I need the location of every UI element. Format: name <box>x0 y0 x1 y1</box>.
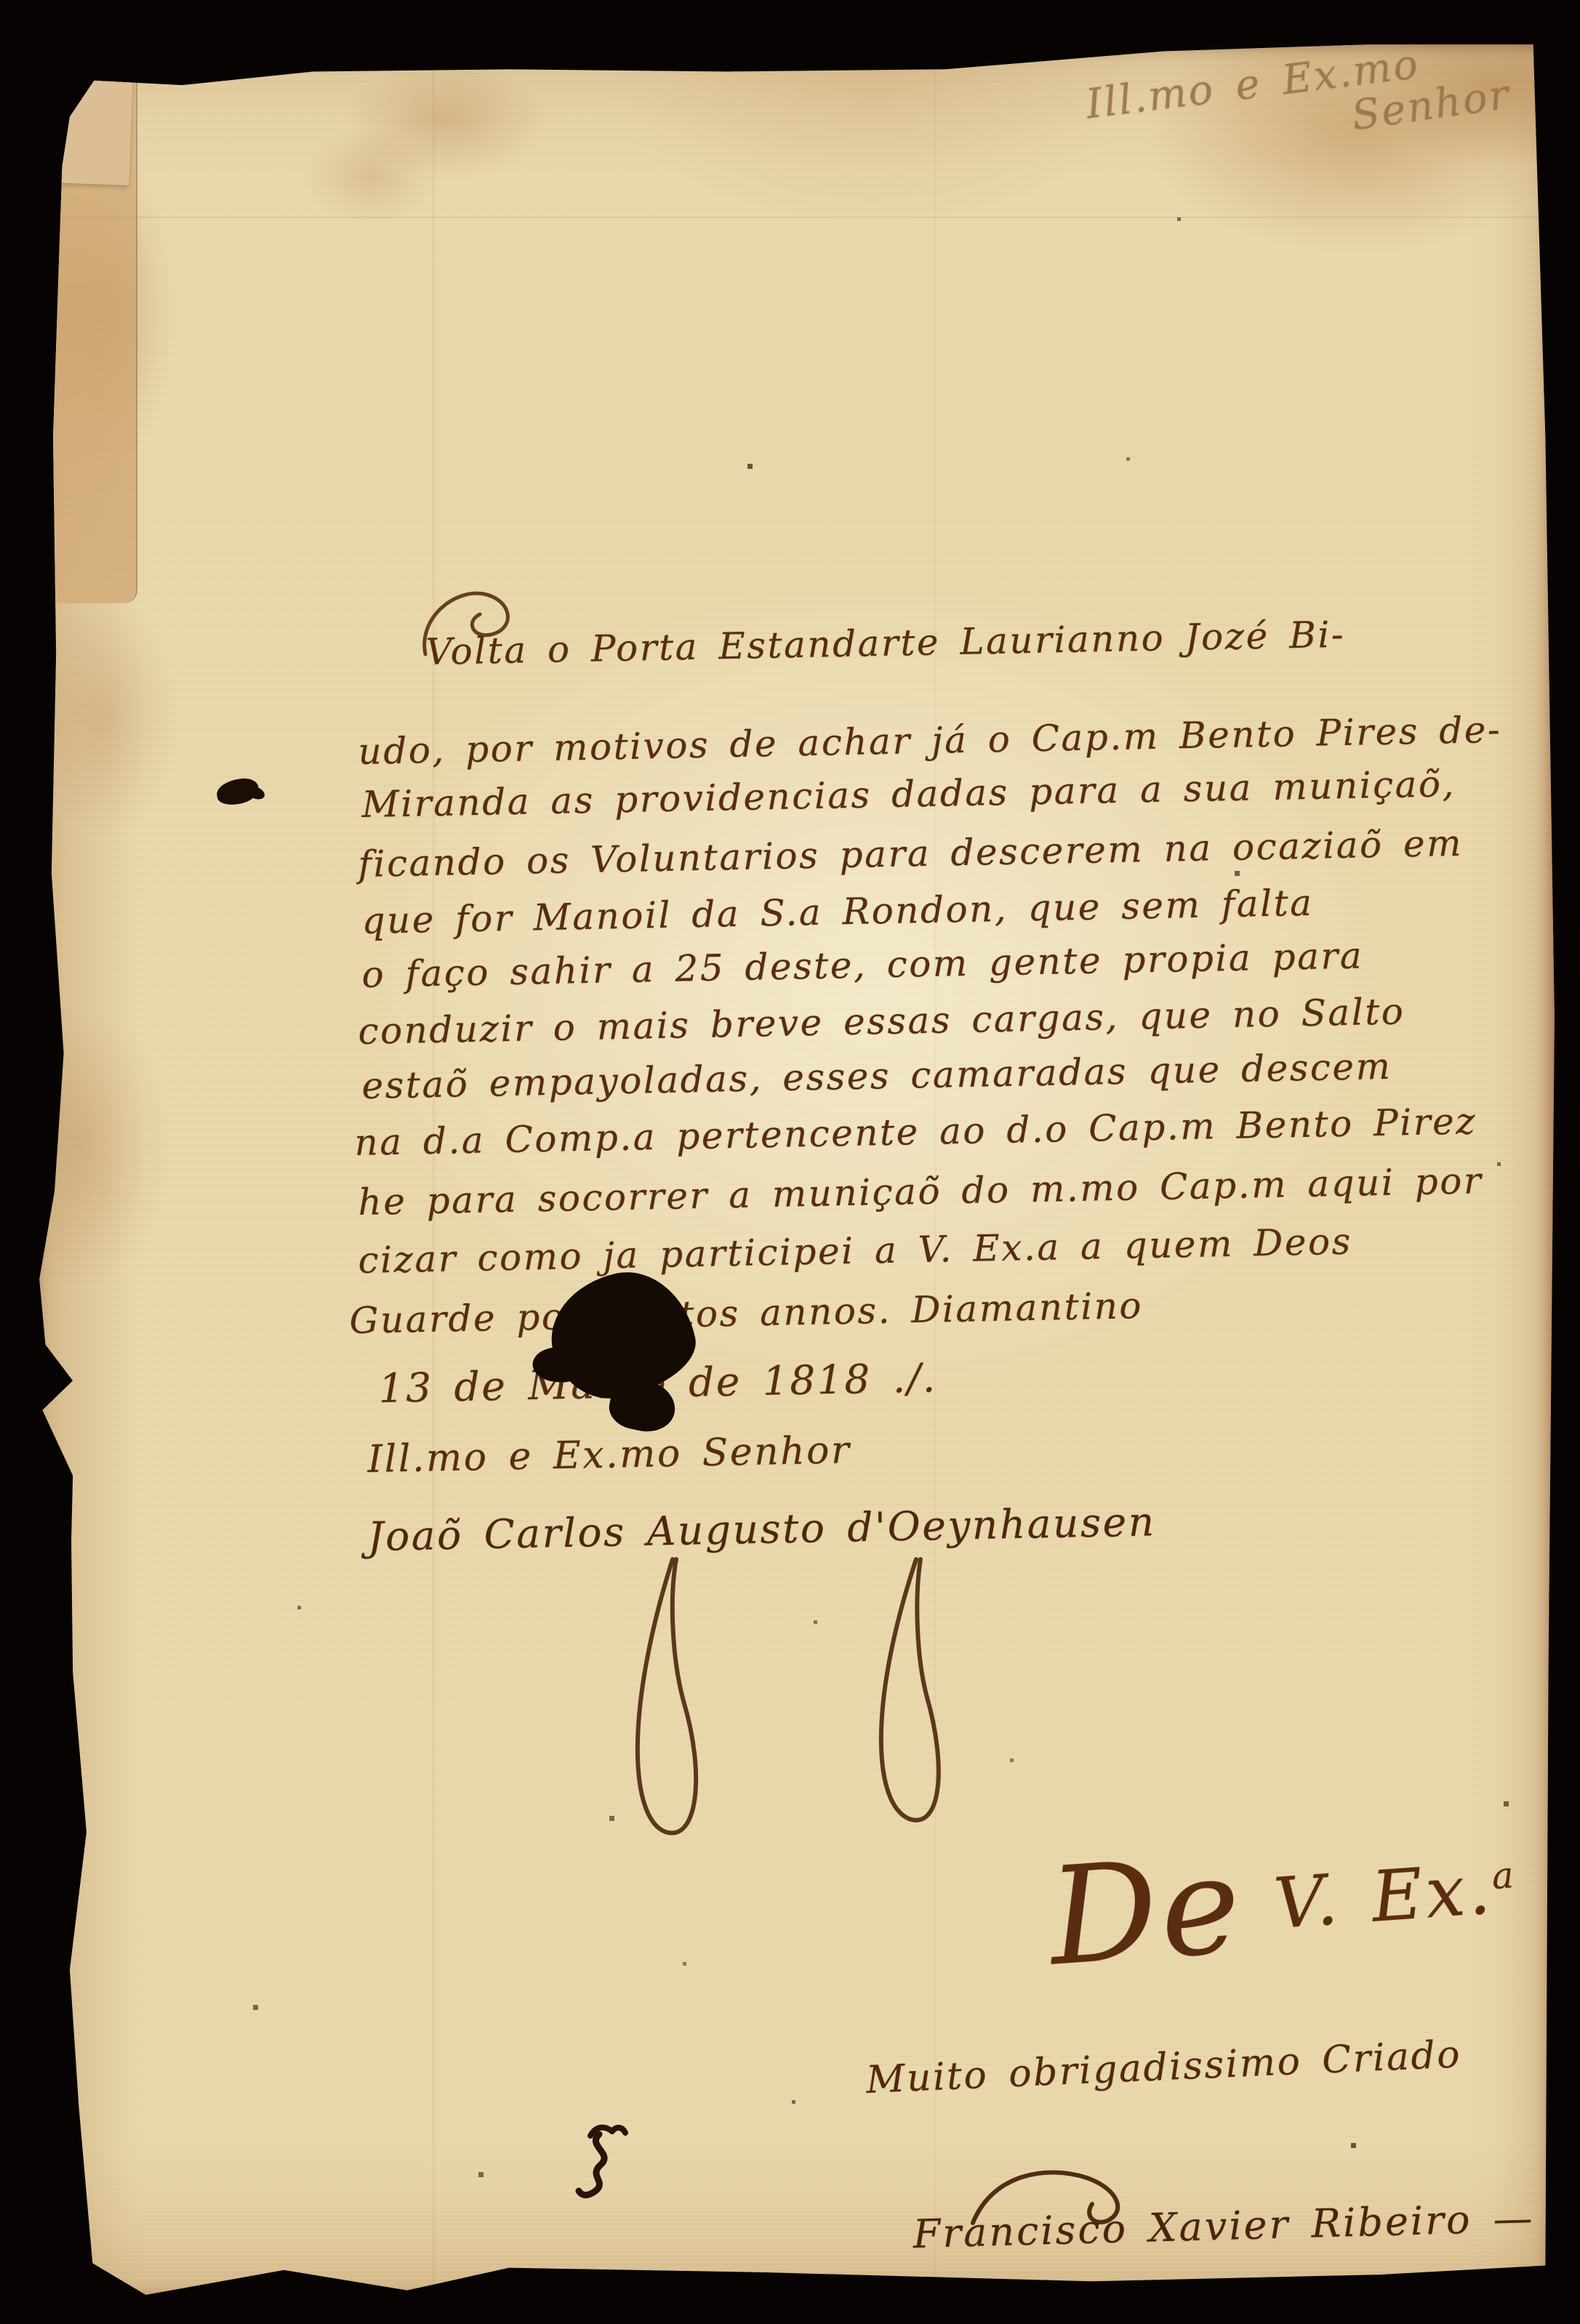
closing-address-salutation: Ill.mo e Ex.mo Senhor <box>367 1428 851 1481</box>
paper-specks <box>36 40 39 42</box>
vertical-fold-crease <box>433 40 435 2297</box>
pen-descender-loops <box>603 1556 1011 1861</box>
valediction-mid: V. Ex. <box>1240 1848 1496 1947</box>
stray-ink-squiggle <box>569 2121 634 2201</box>
valediction-initial: De <box>1044 1826 1248 1996</box>
photo-background: Ill.mo e Ex.mo Senhor Volta o Porta Esta… <box>0 0 1580 2324</box>
vertical-fold-crease <box>934 40 937 2297</box>
horizontal-fold-crease <box>36 217 1556 218</box>
valediction-superscript: a <box>1491 1854 1518 1897</box>
torn-corner-flap <box>47 68 132 185</box>
